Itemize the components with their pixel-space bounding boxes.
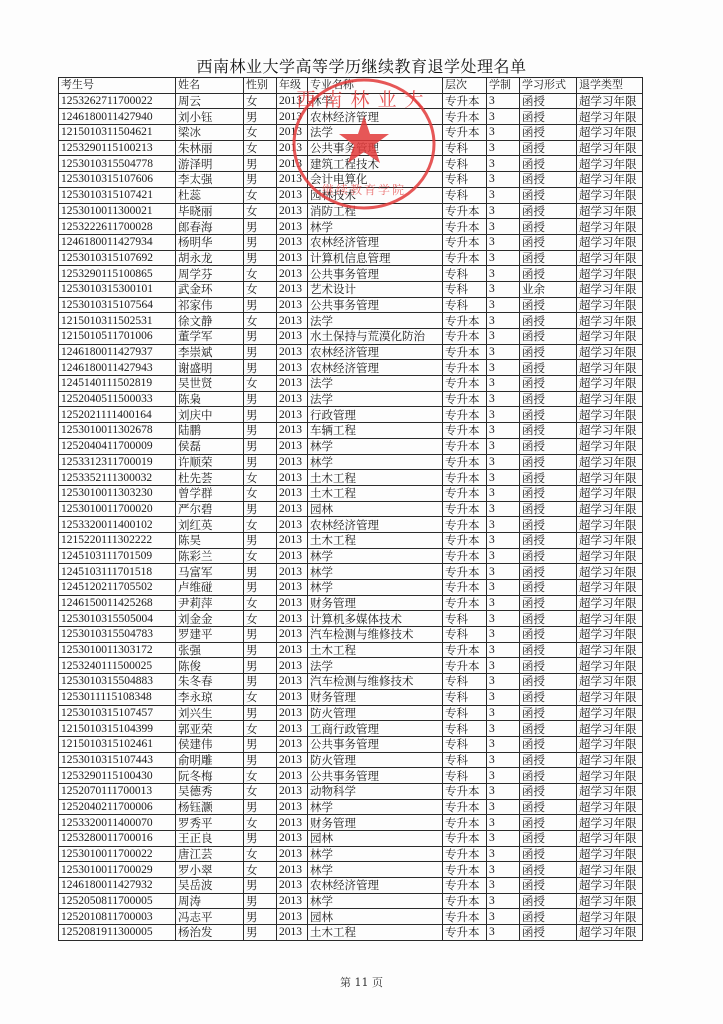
- cell-type: 超学习年限: [577, 580, 643, 596]
- cell-mode: 函授: [520, 642, 577, 658]
- header-level: 层次: [443, 78, 487, 94]
- withdrawal-roster-table: 考生号 姓名 性别 年级 专业名称 层次 学制 学习形式 退学类型 125326…: [58, 77, 643, 941]
- cell-year: 2013: [277, 799, 308, 815]
- cell-name: 杜先荟: [176, 470, 244, 486]
- cell-type: 超学习年限: [577, 219, 643, 235]
- cell-gender: 女: [244, 313, 277, 329]
- cell-level: 专科: [443, 721, 487, 737]
- cell-level: 专科: [443, 156, 487, 172]
- cell-year: 2013: [277, 736, 308, 752]
- cell-mode: 函授: [520, 736, 577, 752]
- cell-level: 专升本: [443, 407, 487, 423]
- cell-type: 超学习年限: [577, 752, 643, 768]
- cell-duration: 3: [487, 721, 520, 737]
- cell-gender: 男: [244, 642, 277, 658]
- header-major: 专业名称: [308, 78, 443, 94]
- cell-major: 法学: [308, 391, 443, 407]
- cell-major: 土木工程: [308, 470, 443, 486]
- cell-name: 朱冬春: [176, 674, 244, 690]
- cell-id: 1253010011700020: [59, 501, 176, 517]
- table-row: 1253222611700028郎春海男2013林学专升本3函授超学习年限: [59, 219, 643, 235]
- cell-year: 2013: [277, 862, 308, 878]
- cell-type: 超学习年限: [577, 548, 643, 564]
- cell-mode: 函授: [520, 485, 577, 501]
- cell-duration: 3: [487, 705, 520, 721]
- cell-type: 超学习年限: [577, 815, 643, 831]
- cell-major: 公共事务管理: [308, 140, 443, 156]
- cell-id: 1252021111400164: [59, 407, 176, 423]
- table-row: 1253290115100430阮冬梅女2013公共事务管理专科3函授超学习年限: [59, 768, 643, 784]
- cell-level: 专科: [443, 281, 487, 297]
- cell-major: 汽车检测与维修技术: [308, 627, 443, 643]
- cell-gender: 男: [244, 532, 277, 548]
- cell-gender: 男: [244, 674, 277, 690]
- cell-gender: 女: [244, 93, 277, 109]
- cell-duration: 3: [487, 909, 520, 925]
- cell-year: 2013: [277, 532, 308, 548]
- cell-mode: 函授: [520, 376, 577, 392]
- cell-id: 1253010011303230: [59, 485, 176, 501]
- cell-duration: 3: [487, 93, 520, 109]
- cell-mode: 函授: [520, 893, 577, 909]
- cell-id: 1253010315107564: [59, 297, 176, 313]
- table-row: 1252010811700003冯志平男2013园林专升本3函授超学习年限: [59, 909, 643, 925]
- cell-level: 专升本: [443, 329, 487, 345]
- cell-gender: 男: [244, 799, 277, 815]
- cell-mode: 函授: [520, 768, 577, 784]
- cell-name: 罗建平: [176, 627, 244, 643]
- cell-id: 1246180011427934: [59, 234, 176, 250]
- cell-level: 专升本: [443, 438, 487, 454]
- cell-type: 超学习年限: [577, 642, 643, 658]
- cell-year: 2013: [277, 564, 308, 580]
- cell-type: 超学习年限: [577, 454, 643, 470]
- cell-type: 超学习年限: [577, 893, 643, 909]
- table-row: 1253010315107443俞明雕男2013防火管理专科3函授超学习年限: [59, 752, 643, 768]
- cell-gender: 女: [244, 783, 277, 799]
- cell-gender: 男: [244, 250, 277, 266]
- cell-gender: 男: [244, 360, 277, 376]
- cell-year: 2013: [277, 501, 308, 517]
- table-row: 1253010011700020严尔碧男2013园林专升本3函授超学习年限: [59, 501, 643, 517]
- cell-type: 超学习年限: [577, 297, 643, 313]
- cell-major: 法学: [308, 376, 443, 392]
- cell-major: 农林经济管理: [308, 109, 443, 125]
- cell-major: 公共事务管理: [308, 266, 443, 282]
- cell-mode: 函授: [520, 721, 577, 737]
- cell-type: 超学习年限: [577, 156, 643, 172]
- cell-type: 超学习年限: [577, 627, 643, 643]
- cell-mode: 函授: [520, 391, 577, 407]
- table-row: 1245103111701518马富军男2013林学专升本3函授超学习年限: [59, 564, 643, 580]
- cell-mode: 函授: [520, 313, 577, 329]
- cell-level: 专升本: [443, 234, 487, 250]
- cell-mode: 函授: [520, 799, 577, 815]
- cell-level: 专升本: [443, 109, 487, 125]
- cell-name: 李太强: [176, 172, 244, 188]
- cell-duration: 3: [487, 172, 520, 188]
- cell-type: 超学习年限: [577, 423, 643, 439]
- cell-duration: 3: [487, 203, 520, 219]
- table-header-row: 考生号 姓名 性别 年级 专业名称 层次 学制 学习形式 退学类型: [59, 78, 643, 94]
- table-row: 1252040411700009侯磊男2013林学专升本3函授超学习年限: [59, 438, 643, 454]
- cell-id: 1253222611700028: [59, 219, 176, 235]
- cell-mode: 函授: [520, 548, 577, 564]
- table-row: 1246180011427934杨明华男2013农林经济管理专升本3函授超学习年…: [59, 234, 643, 250]
- cell-type: 超学习年限: [577, 721, 643, 737]
- cell-mode: 函授: [520, 438, 577, 454]
- cell-id: 1253352111300032: [59, 470, 176, 486]
- cell-type: 超学习年限: [577, 925, 643, 941]
- cell-type: 超学习年限: [577, 485, 643, 501]
- cell-id: 1252050811700005: [59, 893, 176, 909]
- cell-type: 超学习年限: [577, 658, 643, 674]
- cell-major: 法学: [308, 125, 443, 141]
- cell-level: 专科: [443, 736, 487, 752]
- cell-year: 2013: [277, 250, 308, 266]
- cell-mode: 函授: [520, 172, 577, 188]
- cell-id: 1253010315300101: [59, 281, 176, 297]
- cell-id: 1252070111700013: [59, 783, 176, 799]
- cell-major: 园林: [308, 831, 443, 847]
- header-withdrawal-type: 退学类型: [577, 78, 643, 94]
- cell-duration: 3: [487, 548, 520, 564]
- cell-major: 林学: [308, 219, 443, 235]
- cell-type: 超学习年限: [577, 595, 643, 611]
- cell-year: 2013: [277, 266, 308, 282]
- cell-year: 2013: [277, 329, 308, 345]
- cell-name: 徐文静: [176, 313, 244, 329]
- cell-year: 2013: [277, 674, 308, 690]
- table-row: 1215010315104399郭亚荣女2013工商行政管理专科3函授超学习年限: [59, 721, 643, 737]
- cell-name: 刘兴生: [176, 705, 244, 721]
- table-row: 1253011115108348李永琼女2013财务管理专科3函授超学习年限: [59, 689, 643, 705]
- cell-type: 超学习年限: [577, 783, 643, 799]
- page-number: 第 11 页: [0, 974, 723, 990]
- cell-gender: 女: [244, 376, 277, 392]
- cell-duration: 3: [487, 329, 520, 345]
- cell-mode: 函授: [520, 470, 577, 486]
- cell-name: 郎春海: [176, 219, 244, 235]
- cell-gender: 女: [244, 187, 277, 203]
- cell-mode: 函授: [520, 407, 577, 423]
- cell-type: 超学习年限: [577, 109, 643, 125]
- cell-name: 祁家伟: [176, 297, 244, 313]
- cell-major: 公共事务管理: [308, 736, 443, 752]
- cell-major: 公共事务管理: [308, 297, 443, 313]
- cell-year: 2013: [277, 658, 308, 674]
- cell-duration: 3: [487, 768, 520, 784]
- cell-major: 农林经济管理: [308, 234, 443, 250]
- cell-year: 2013: [277, 187, 308, 203]
- cell-mode: 函授: [520, 862, 577, 878]
- table-row: 1246180011427937李崇斌男2013农林经济管理专升本3函授超学习年…: [59, 344, 643, 360]
- cell-duration: 3: [487, 125, 520, 141]
- cell-year: 2013: [277, 627, 308, 643]
- cell-level: 专科: [443, 266, 487, 282]
- cell-major: 农林经济管理: [308, 878, 443, 894]
- cell-level: 专升本: [443, 203, 487, 219]
- cell-major: 园林技术: [308, 187, 443, 203]
- cell-type: 超学习年限: [577, 329, 643, 345]
- cell-duration: 3: [487, 485, 520, 501]
- cell-level: 专升本: [443, 925, 487, 941]
- cell-major: 计算机多媒体技术: [308, 611, 443, 627]
- cell-major: 车辆工程: [308, 423, 443, 439]
- table-row: 1215010311502531徐文静女2013法学专升本3函授超学习年限: [59, 313, 643, 329]
- table-row: 1252040211700006杨钰灏男2013林学专升本3函授超学习年限: [59, 799, 643, 815]
- cell-gender: 男: [244, 501, 277, 517]
- cell-year: 2013: [277, 140, 308, 156]
- cell-level: 专升本: [443, 580, 487, 596]
- table-row: 1253010011303230曾学群女2013土木工程专升本3函授超学习年限: [59, 485, 643, 501]
- cell-gender: 男: [244, 627, 277, 643]
- cell-name: 杨治发: [176, 925, 244, 941]
- cell-type: 超学习年限: [577, 736, 643, 752]
- cell-id: 1253010315504778: [59, 156, 176, 172]
- cell-id: 1246180011427937: [59, 344, 176, 360]
- cell-level: 专升本: [443, 815, 487, 831]
- cell-gender: 女: [244, 846, 277, 862]
- cell-mode: 函授: [520, 674, 577, 690]
- cell-level: 专升本: [443, 548, 487, 564]
- cell-major: 园林: [308, 501, 443, 517]
- cell-type: 超学习年限: [577, 878, 643, 894]
- cell-level: 专科: [443, 611, 487, 627]
- cell-duration: 3: [487, 187, 520, 203]
- cell-year: 2013: [277, 595, 308, 611]
- cell-type: 超学习年限: [577, 689, 643, 705]
- cell-type: 超学习年限: [577, 140, 643, 156]
- cell-gender: 男: [244, 297, 277, 313]
- cell-mode: 函授: [520, 564, 577, 580]
- table-row: 1246180011427943谢盛明男2013农林经济管理专升本3函授超学习年…: [59, 360, 643, 376]
- cell-gender: 男: [244, 878, 277, 894]
- cell-major: 农林经济管理: [308, 360, 443, 376]
- cell-duration: 3: [487, 831, 520, 847]
- cell-mode: 函授: [520, 532, 577, 548]
- cell-name: 李永琼: [176, 689, 244, 705]
- cell-gender: 女: [244, 862, 277, 878]
- cell-gender: 男: [244, 344, 277, 360]
- cell-duration: 3: [487, 313, 520, 329]
- cell-level: 专升本: [443, 360, 487, 376]
- cell-id: 1252040511500033: [59, 391, 176, 407]
- cell-level: 专升本: [443, 344, 487, 360]
- cell-gender: 男: [244, 705, 277, 721]
- cell-mode: 函授: [520, 595, 577, 611]
- cell-duration: 3: [487, 674, 520, 690]
- cell-level: 专升本: [443, 470, 487, 486]
- cell-name: 梁冰: [176, 125, 244, 141]
- cell-name: 唐江芸: [176, 846, 244, 862]
- table-row: 1215010315102461侯建伟男2013公共事务管理专科3函授超学习年限: [59, 736, 643, 752]
- cell-major: 财务管理: [308, 815, 443, 831]
- cell-gender: 男: [244, 234, 277, 250]
- cell-duration: 3: [487, 517, 520, 533]
- cell-level: 专科: [443, 140, 487, 156]
- cell-year: 2013: [277, 297, 308, 313]
- cell-type: 超学习年限: [577, 360, 643, 376]
- cell-type: 超学习年限: [577, 862, 643, 878]
- cell-name: 刘小钰: [176, 109, 244, 125]
- cell-name: 刘金金: [176, 611, 244, 627]
- cell-type: 超学习年限: [577, 250, 643, 266]
- cell-id: 1215220111302222: [59, 532, 176, 548]
- cell-year: 2013: [277, 219, 308, 235]
- cell-name: 尹莉萍: [176, 595, 244, 611]
- cell-gender: 男: [244, 831, 277, 847]
- cell-major: 水土保持与荒漠化防治: [308, 329, 443, 345]
- cell-mode: 函授: [520, 329, 577, 345]
- cell-id: 1253010011700029: [59, 862, 176, 878]
- cell-gender: 男: [244, 454, 277, 470]
- cell-type: 超学习年限: [577, 391, 643, 407]
- table-row: 1215010511701006董学军男2013水土保持与荒漠化防治专升本3函授…: [59, 329, 643, 345]
- cell-name: 马富军: [176, 564, 244, 580]
- table-row: 1253240111500025陈俊男2013法学专升本3函授超学习年限: [59, 658, 643, 674]
- table-row: 1252040511500033陈枭男2013法学专升本3函授超学习年限: [59, 391, 643, 407]
- cell-level: 专升本: [443, 658, 487, 674]
- cell-mode: 函授: [520, 580, 577, 596]
- cell-duration: 3: [487, 532, 520, 548]
- cell-type: 超学习年限: [577, 172, 643, 188]
- cell-year: 2013: [277, 344, 308, 360]
- cell-type: 超学习年限: [577, 203, 643, 219]
- cell-level: 专升本: [443, 423, 487, 439]
- table-body: 1253262711700022周云女2013林学专升本3函授超学习年限1246…: [59, 93, 643, 940]
- cell-id: 1253010011303172: [59, 642, 176, 658]
- cell-gender: 女: [244, 689, 277, 705]
- cell-level: 专升本: [443, 831, 487, 847]
- cell-gender: 男: [244, 658, 277, 674]
- table-row: 1245103111701509陈彩兰女2013林学专升本3函授超学习年限: [59, 548, 643, 564]
- cell-major: 林学: [308, 846, 443, 862]
- cell-gender: 男: [244, 423, 277, 439]
- cell-level: 专升本: [443, 893, 487, 909]
- cell-name: 陈俊: [176, 658, 244, 674]
- cell-mode: 函授: [520, 611, 577, 627]
- cell-id: 1246180011427940: [59, 109, 176, 125]
- cell-type: 超学习年限: [577, 846, 643, 862]
- cell-mode: 函授: [520, 156, 577, 172]
- cell-name: 严尔碧: [176, 501, 244, 517]
- cell-level: 专科: [443, 172, 487, 188]
- cell-id: 1253010011700022: [59, 846, 176, 862]
- cell-name: 杨钰灏: [176, 799, 244, 815]
- cell-level: 专科: [443, 187, 487, 203]
- cell-year: 2013: [277, 313, 308, 329]
- cell-type: 超学习年限: [577, 532, 643, 548]
- cell-duration: 3: [487, 454, 520, 470]
- cell-year: 2013: [277, 109, 308, 125]
- cell-duration: 3: [487, 407, 520, 423]
- cell-major: 林学: [308, 438, 443, 454]
- cell-major: 艺术设计: [308, 281, 443, 297]
- cell-type: 超学习年限: [577, 187, 643, 203]
- cell-duration: 3: [487, 752, 520, 768]
- table-row: 1253290115100865周学芬女2013公共事务管理专科3函授超学习年限: [59, 266, 643, 282]
- cell-type: 超学习年限: [577, 93, 643, 109]
- cell-year: 2013: [277, 893, 308, 909]
- cell-id: 1253320011400070: [59, 815, 176, 831]
- cell-name: 冯志平: [176, 909, 244, 925]
- cell-name: 王正良: [176, 831, 244, 847]
- cell-name: 李崇斌: [176, 344, 244, 360]
- cell-year: 2013: [277, 925, 308, 941]
- cell-gender: 女: [244, 470, 277, 486]
- cell-year: 2013: [277, 423, 308, 439]
- cell-duration: 3: [487, 878, 520, 894]
- table-row: 1253280011700016王正良男2013园林专升本3函授超学习年限: [59, 831, 643, 847]
- cell-major: 林学: [308, 548, 443, 564]
- cell-id: 1252040211700006: [59, 799, 176, 815]
- cell-mode: 函授: [520, 501, 577, 517]
- cell-mode: 函授: [520, 140, 577, 156]
- table-row: 1253010315107421杜蕊女2013园林技术专科3函授超学习年限: [59, 187, 643, 203]
- cell-year: 2013: [277, 831, 308, 847]
- cell-major: 林学: [308, 893, 443, 909]
- cell-level: 专升本: [443, 783, 487, 799]
- cell-level: 专升本: [443, 391, 487, 407]
- cell-id: 1253290115100865: [59, 266, 176, 282]
- cell-mode: 函授: [520, 219, 577, 235]
- cell-duration: 3: [487, 564, 520, 580]
- cell-gender: 女: [244, 768, 277, 784]
- cell-level: 专升本: [443, 313, 487, 329]
- cell-duration: 3: [487, 846, 520, 862]
- cell-name: 陆鹏: [176, 423, 244, 439]
- cell-type: 超学习年限: [577, 768, 643, 784]
- cell-major: 林学: [308, 93, 443, 109]
- header-name: 姓名: [176, 78, 244, 94]
- cell-mode: 函授: [520, 250, 577, 266]
- cell-gender: 男: [244, 925, 277, 941]
- cell-gender: 女: [244, 125, 277, 141]
- cell-gender: 女: [244, 281, 277, 297]
- cell-name: 罗秀平: [176, 815, 244, 831]
- cell-year: 2013: [277, 705, 308, 721]
- cell-name: 郭亚荣: [176, 721, 244, 737]
- cell-duration: 3: [487, 360, 520, 376]
- cell-mode: 函授: [520, 517, 577, 533]
- cell-level: 专升本: [443, 595, 487, 611]
- cell-duration: 3: [487, 297, 520, 313]
- cell-type: 超学习年限: [577, 501, 643, 517]
- cell-year: 2013: [277, 234, 308, 250]
- cell-level: 专升本: [443, 642, 487, 658]
- cell-type: 超学习年限: [577, 799, 643, 815]
- cell-gender: 女: [244, 595, 277, 611]
- table-row: 1246180011427940刘小钰男2013农林经济管理专升本3函授超学习年…: [59, 109, 643, 125]
- cell-name: 罗小翠: [176, 862, 244, 878]
- cell-year: 2013: [277, 485, 308, 501]
- cell-id: 1253010315107606: [59, 172, 176, 188]
- cell-duration: 3: [487, 642, 520, 658]
- cell-name: 胡永龙: [176, 250, 244, 266]
- table-row: 1253010315107457刘兴生男2013防火管理专科3函授超学习年限: [59, 705, 643, 721]
- table-row: 1253010315107564祁家伟男2013公共事务管理专科3函授超学习年限: [59, 297, 643, 313]
- cell-major: 财务管理: [308, 595, 443, 611]
- table-row: 1245120211705502卢维碰男2013林学专升本3函授超学习年限: [59, 580, 643, 596]
- cell-id: 1245103111701518: [59, 564, 176, 580]
- cell-level: 专科: [443, 705, 487, 721]
- cell-level: 专升本: [443, 250, 487, 266]
- table-row: 1253320011400102刘红英女2013农林经济管理专升本3函授超学习年…: [59, 517, 643, 533]
- cell-major: 园林: [308, 909, 443, 925]
- table-row: 1253312311700019许顺荣男2013林学专升本3函授超学习年限: [59, 454, 643, 470]
- cell-duration: 3: [487, 815, 520, 831]
